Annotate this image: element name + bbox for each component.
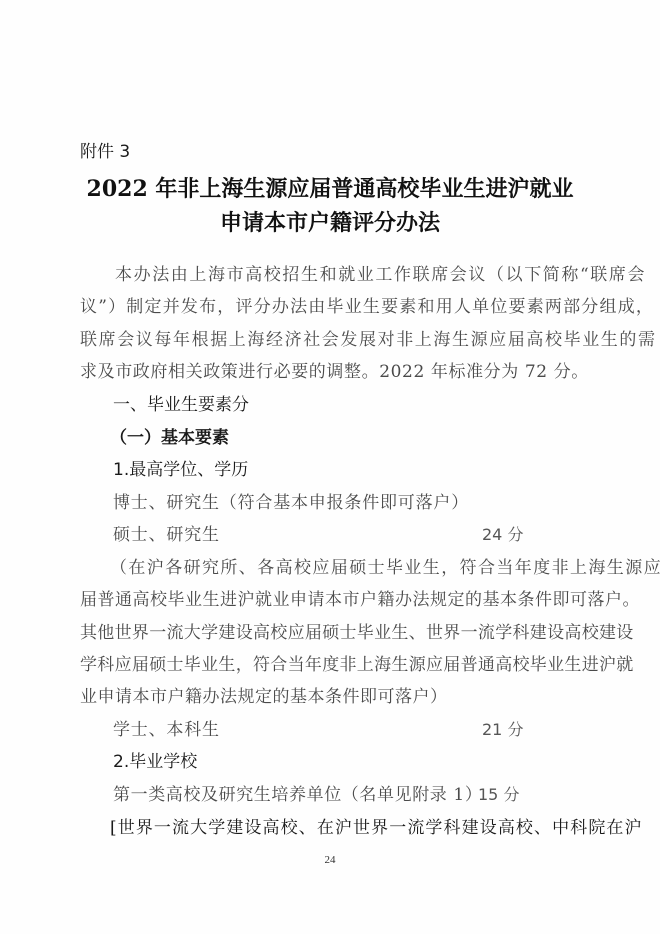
first-class-note: [世界一流大学建设高校、在沪世界一流学科建设高校、中科院在沪 [110, 817, 643, 839]
doctor-line: 博士、研究生（符合基本申报条件即可落户） [113, 492, 469, 514]
master-label: 硕士、研究生 [113, 524, 220, 546]
bachelor-score: 21 分 [482, 719, 523, 741]
first-class-score: 15 分 [478, 784, 519, 806]
bachelor-label: 学士、本科生 [113, 719, 220, 741]
intro-line-3: 联席会议每年根据上海经济社会发展对非上海生源应届高校毕业生的需 [80, 329, 657, 351]
item2-heading: 2.毕业学校 [113, 751, 197, 773]
master-score: 24 分 [482, 524, 523, 546]
section-heading: 一、毕业生要素分 [113, 394, 249, 416]
master-note-5: 业申请本市户籍办法规定的基本条件即可落户） [80, 686, 448, 708]
intro-line-1: 本办法由上海市高校招生和就业工作联席会议（以下简称“联席会 [115, 264, 585, 286]
document-page: 附件 3 2022 年非上海生源应届普通高校毕业生进沪就业 申请本市户籍评分办法… [0, 0, 660, 934]
first-class-label: 第一类高校及研究生培养单位（名单见附录 1） [113, 784, 482, 806]
page-number: 24 [0, 854, 660, 866]
document-title-line2: 申请本市户籍评分办法 [0, 209, 660, 237]
master-note-1: （在沪各研究所、各高校应届硕士毕业生，符合当年度非上海生源应 [110, 557, 660, 579]
intro-line-4: 求及市政府相关政策进行必要的调整。2022 年标准分为 72 分。 [80, 361, 589, 383]
master-note-4: 学科应届硕士毕业生，符合当年度非上海生源应届普通高校毕业生进沪就 [80, 654, 634, 676]
master-note-3: 其他世界一流大学建设高校应届硕士毕业生、世界一流学科建设高校建设 [80, 622, 634, 644]
attachment-label: 附件 3 [80, 141, 130, 163]
intro-line-2: 议”）制定并发布，评分办法由毕业生要素和用人单位要素两部分组成， [80, 296, 654, 318]
item1-heading: 1.最高学位、学历 [113, 459, 248, 481]
document-title-line1: 2022 年非上海生源应届普通高校毕业生进沪就业 [0, 175, 660, 203]
master-note-2: 届普通高校毕业生进沪就业申请本市户籍办法规定的基本条件即可落户。 [80, 589, 640, 611]
subsection-heading: （一）基本要素 [110, 427, 229, 449]
